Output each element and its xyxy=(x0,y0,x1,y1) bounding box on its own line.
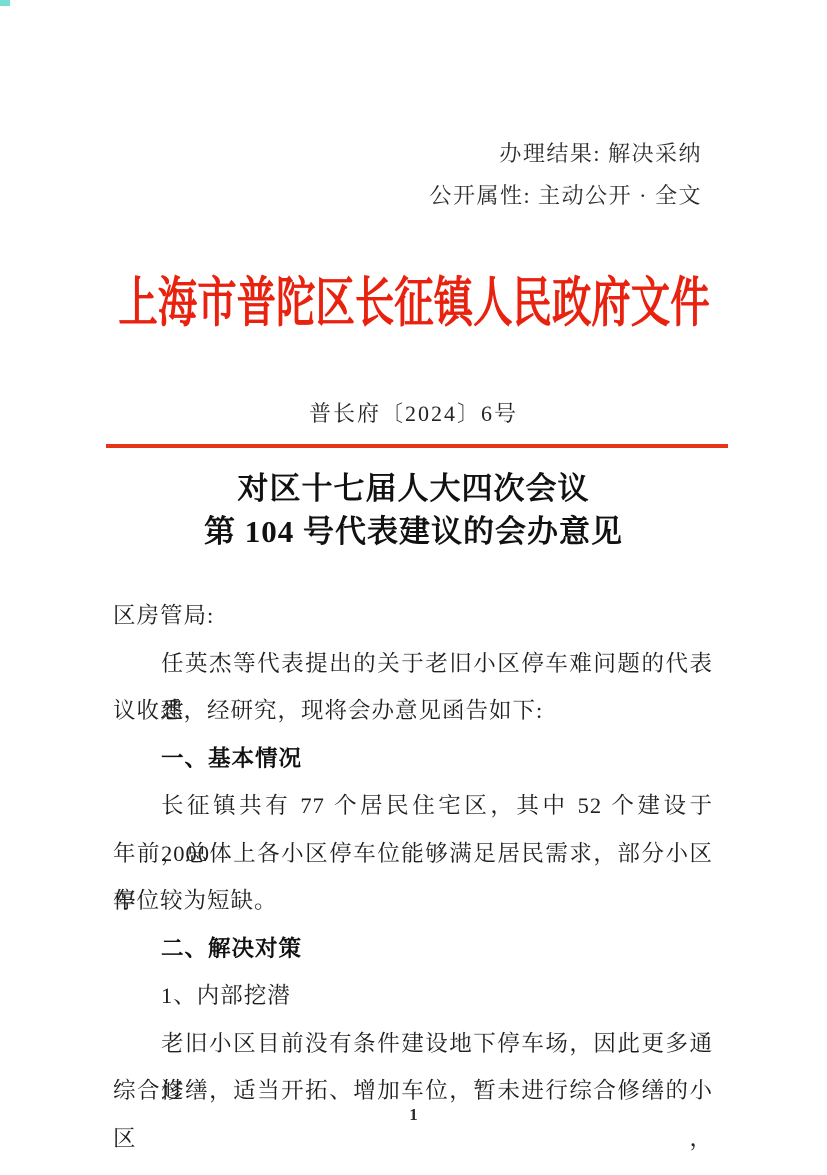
body-line: 老旧小区目前没有条件建设地下停车场，因此更多通过 xyxy=(113,1020,713,1068)
body-line: 议收悉，经研究，现将会办意见函告如下: xyxy=(113,687,713,735)
body-line: 二、解决对策 xyxy=(113,925,713,973)
letterhead-title-text: 上海市普陀区长征镇人民政府文件 xyxy=(118,274,709,332)
subject-heading: 对区十七届人大四次会议 第 104 号代表建议的会办意见 xyxy=(0,467,827,553)
subject-heading-line2: 第 104 号代表建议的会办意见 xyxy=(0,510,827,553)
scan-artifact xyxy=(0,0,10,6)
subject-heading-line1: 对区十七届人大四次会议 xyxy=(0,467,827,510)
body-line: 区房管局: xyxy=(113,592,713,640)
body-line: 一、基本情况 xyxy=(113,735,713,783)
body-line: 车位较为短缺。 xyxy=(113,877,713,925)
document-page: 办理结果: 解决采纳 公开属性: 主动公开 · 全文 上海市普陀区长征镇人民政府… xyxy=(0,0,827,1175)
letterhead-title: 上海市普陀区长征镇人民政府文件 xyxy=(0,274,827,332)
body-line: 任英杰等代表提出的关于老旧小区停车难问题的代表建 xyxy=(113,640,713,688)
handling-result-text: 办理结果: 解决采纳 xyxy=(430,139,702,169)
publicity-attribute-text: 公开属性: 主动公开 · 全文 xyxy=(430,181,702,211)
page-number: 1 xyxy=(0,1105,827,1125)
body-line: 1、内部挖潜 xyxy=(113,972,713,1020)
body-text: 区房管局:任英杰等代表提出的关于老旧小区停车难问题的代表建议收悉，经研究，现将会… xyxy=(113,592,713,1115)
header-annotations: 办理结果: 解决采纳 公开属性: 主动公开 · 全文 xyxy=(430,139,702,211)
body-line: 长征镇共有 77 个居民住宅区，其中 52 个建设于 2000 xyxy=(113,782,713,830)
body-line: 年前，总体上各小区停车位能够满足居民需求，部分小区停 xyxy=(113,830,713,878)
document-number: 普长府〔2024〕6号 xyxy=(0,399,827,429)
letterhead-rule xyxy=(106,444,728,448)
